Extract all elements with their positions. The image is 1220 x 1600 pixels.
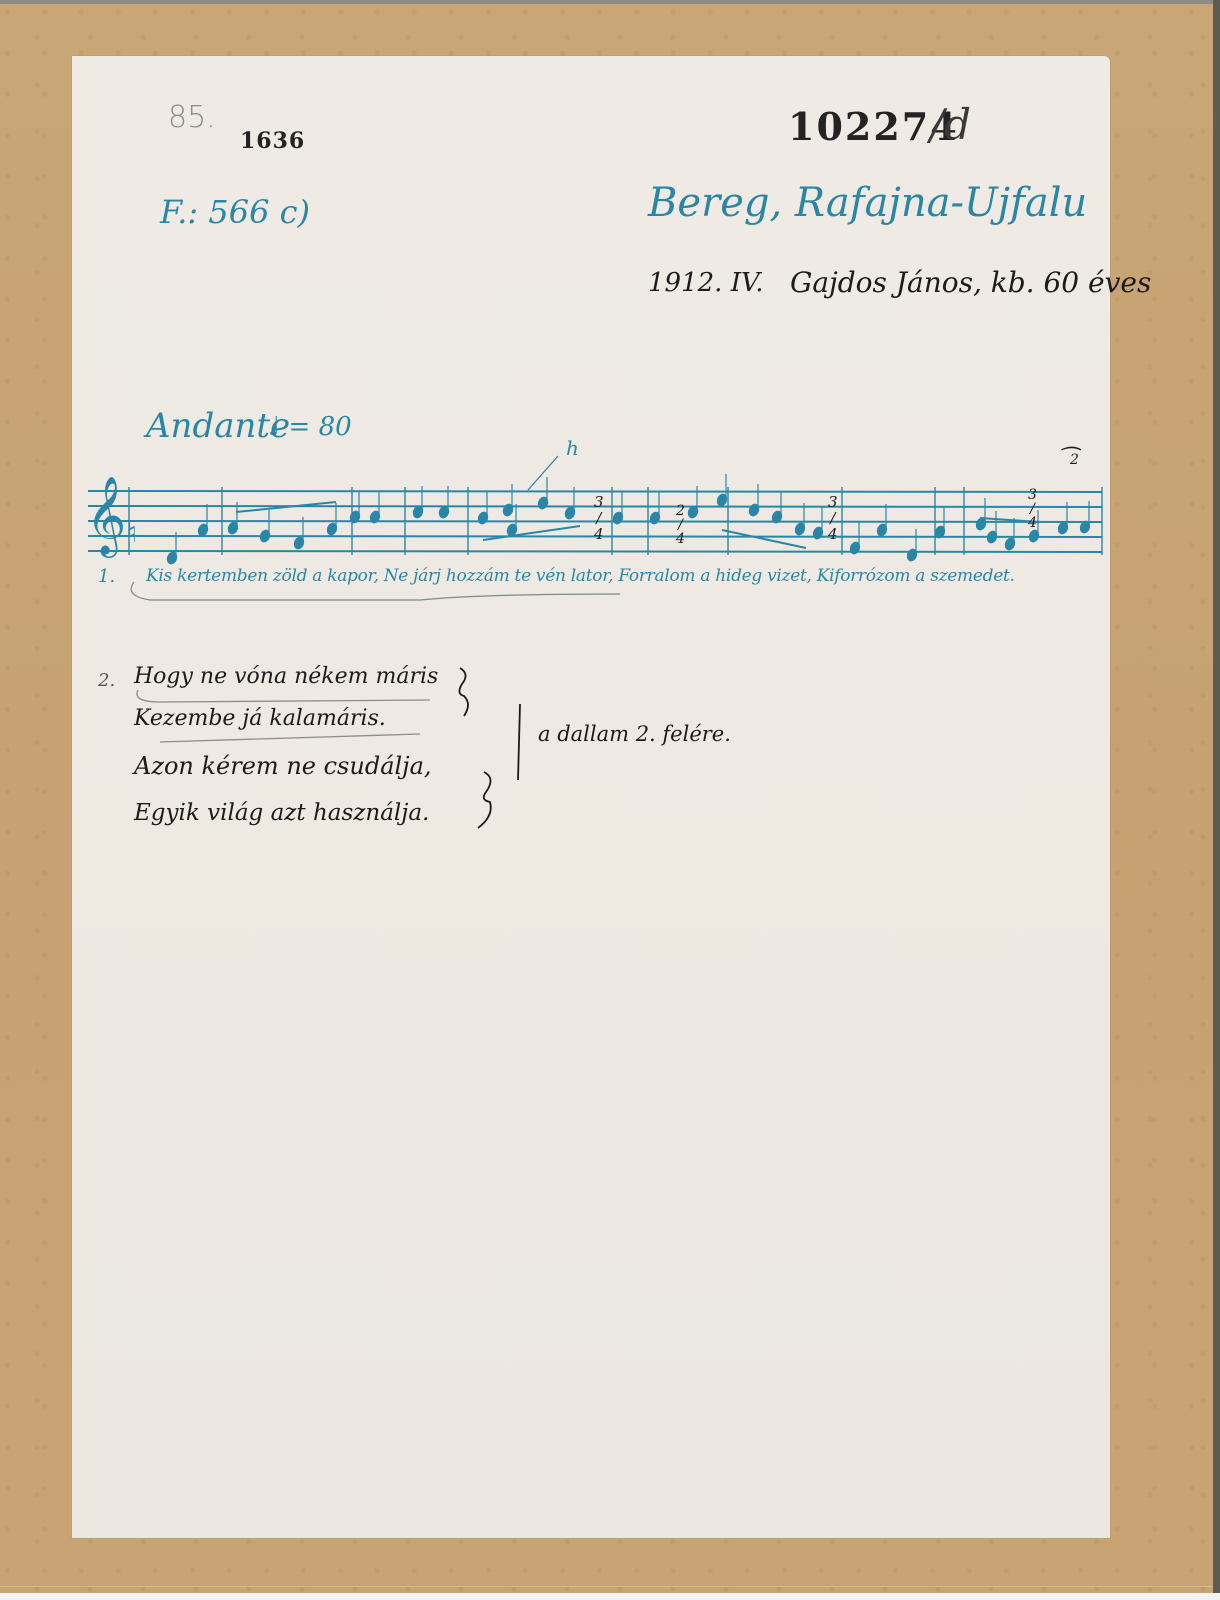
note [348, 491, 362, 525]
annotation-h: h [566, 436, 579, 460]
note [258, 510, 272, 544]
beam [722, 530, 806, 548]
note [770, 491, 784, 525]
annotation-pointer [528, 456, 558, 490]
verse-1-number: 1. [98, 566, 115, 587]
verse-1-underline [120, 578, 640, 608]
music-staff [72, 430, 1112, 570]
scan-edge-bottom [0, 1593, 1220, 1600]
time-signature-3-4-b: 3/4 [828, 494, 838, 542]
note [848, 522, 862, 556]
verse-2-line-3: Azon kérem ne csudálja, [134, 752, 432, 780]
stamp-number-left: 1636 [240, 128, 305, 154]
note [1003, 518, 1017, 552]
verse-2-brackets [450, 660, 530, 840]
note [501, 484, 515, 518]
note [793, 503, 807, 537]
stamp-suffix: /d [930, 100, 971, 149]
mount-bottom-line [0, 1586, 1213, 1587]
note [747, 484, 761, 518]
staff-line [88, 551, 1102, 552]
time-signature-2-4: 2/4 [676, 504, 685, 546]
verse-2-number: 2. [98, 670, 115, 691]
verse-2-note: a dallam 2. felére. [538, 722, 731, 746]
staff-line [88, 491, 1102, 492]
time-signature-3-4: 3/4 [594, 494, 604, 542]
note [985, 511, 999, 545]
note [325, 503, 339, 537]
time-signature-3-4-c: 3/4 [1028, 488, 1037, 530]
pencil-number: 85. [168, 100, 216, 135]
note [368, 491, 382, 525]
collection-location: Bereg, Rafajna-Ujfalu [648, 180, 1087, 226]
natural-sign-icon: ♮ [127, 516, 137, 549]
note [905, 529, 919, 563]
end-mark: 2 [1070, 452, 1079, 468]
folio-reference: F.: 566 c) [160, 193, 310, 231]
scan-edge-top [0, 0, 1220, 4]
verse-2-line-1: Hogy ne vóna nékem máris [134, 664, 438, 689]
beam [483, 526, 580, 540]
treble-clef-icon: 𝄞 [86, 476, 126, 556]
collection-date: 1912. IV. [648, 268, 763, 298]
note [974, 498, 988, 532]
scan-edge-right [1213, 0, 1220, 1600]
verse-2-line-4: Egyik világ azt használja. [134, 800, 429, 826]
informant: Gajdos János, kb. 60 éves [790, 266, 1151, 299]
